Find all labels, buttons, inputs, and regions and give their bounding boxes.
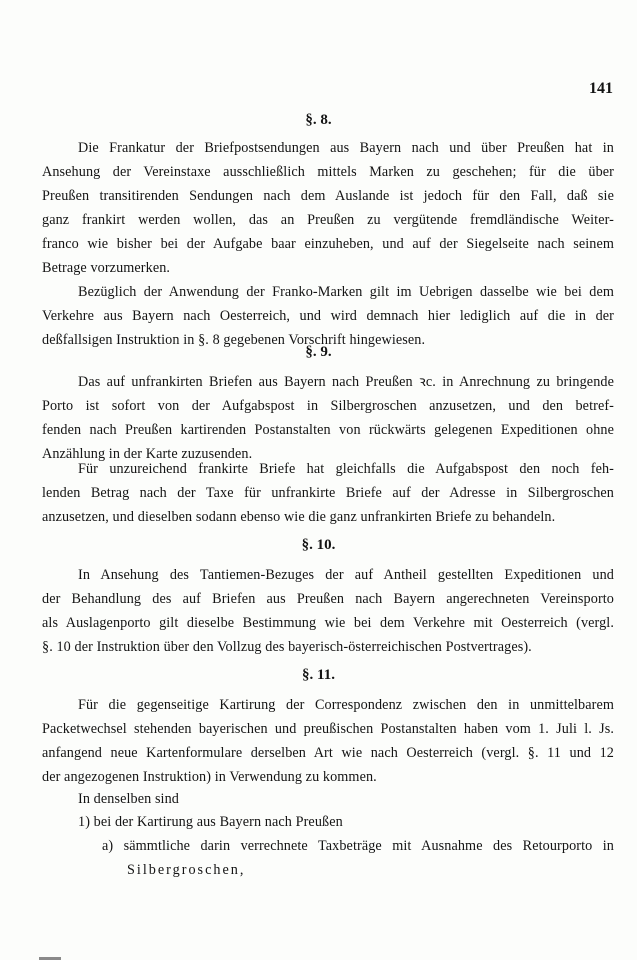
list-item-1a-continuation: Silbergroschen,: [127, 861, 245, 879]
text-line: Bezüglich der Anwendung der Franko-Marke…: [78, 283, 614, 301]
text-line: Verkehre aus Bayern nach Oesterreich, un…: [42, 307, 614, 325]
page-number: 141: [589, 80, 613, 98]
text-line: Die Frankatur der Briefpostsendungen aus…: [78, 139, 614, 157]
text-line: als Auslagenporto gilt dieselbe Bestimmu…: [42, 614, 614, 632]
text-line: §. 10 der Instruktion über den Vollzug d…: [42, 638, 614, 656]
text-line: Für unzureichend frankirte Briefe hat gl…: [78, 460, 614, 478]
text-line: In Ansehung des Tantiemen-Bezuges der au…: [78, 566, 614, 584]
list-item-1: 1) bei der Kartirung aus Bayern nach Pre…: [78, 813, 343, 831]
text-line: franco wie bisher bei der Aufgabe baar e…: [42, 235, 614, 253]
section-heading-8: §. 8.: [0, 112, 637, 129]
text-line: ganz frankirt werden wollen, das an Preu…: [42, 211, 614, 229]
text-line: der Behandlung des auf Briefen aus Preuß…: [42, 590, 614, 608]
document-page: 141 §. 8. Die Frankatur der Briefpostsen…: [0, 0, 637, 960]
text-line: Betrage vorzumerken.: [42, 259, 614, 277]
text-line: anfangend neue Kartenformulare derselben…: [42, 744, 614, 762]
text-line: lenden Betrag nach der Taxe für unfranki…: [42, 484, 614, 502]
text-line: anzusetzen, und dieselben sodann ebenso …: [42, 508, 614, 526]
section-heading-10: §. 10.: [0, 537, 637, 554]
text-line: Für die gegenseitige Kartirung der Corre…: [78, 696, 614, 714]
text-line: der angezogenen Instruktion) in Verwendu…: [42, 768, 614, 786]
text-line: Preußen transitirenden Sendungen nach de…: [42, 187, 614, 205]
list-item-1a: a) sämmtliche darin verrechnete Taxbeträ…: [102, 837, 614, 855]
text-line: Porto ist sofort von der Aufgabspost in …: [42, 397, 614, 415]
text-line: Das auf unfrankirten Briefen aus Bayern …: [78, 373, 614, 391]
section-heading-11: §. 11.: [0, 667, 637, 684]
text-line: fenden nach Preußen kartirenden Postanst…: [42, 421, 614, 439]
text-line: In denselben sind: [78, 790, 179, 808]
section-heading-9: §. 9.: [0, 344, 637, 361]
text-line: Ansehung der Vereinstaxe ausschließlich …: [42, 163, 614, 181]
text-line: Packetwechsel stehenden bayerischen und …: [42, 720, 614, 738]
